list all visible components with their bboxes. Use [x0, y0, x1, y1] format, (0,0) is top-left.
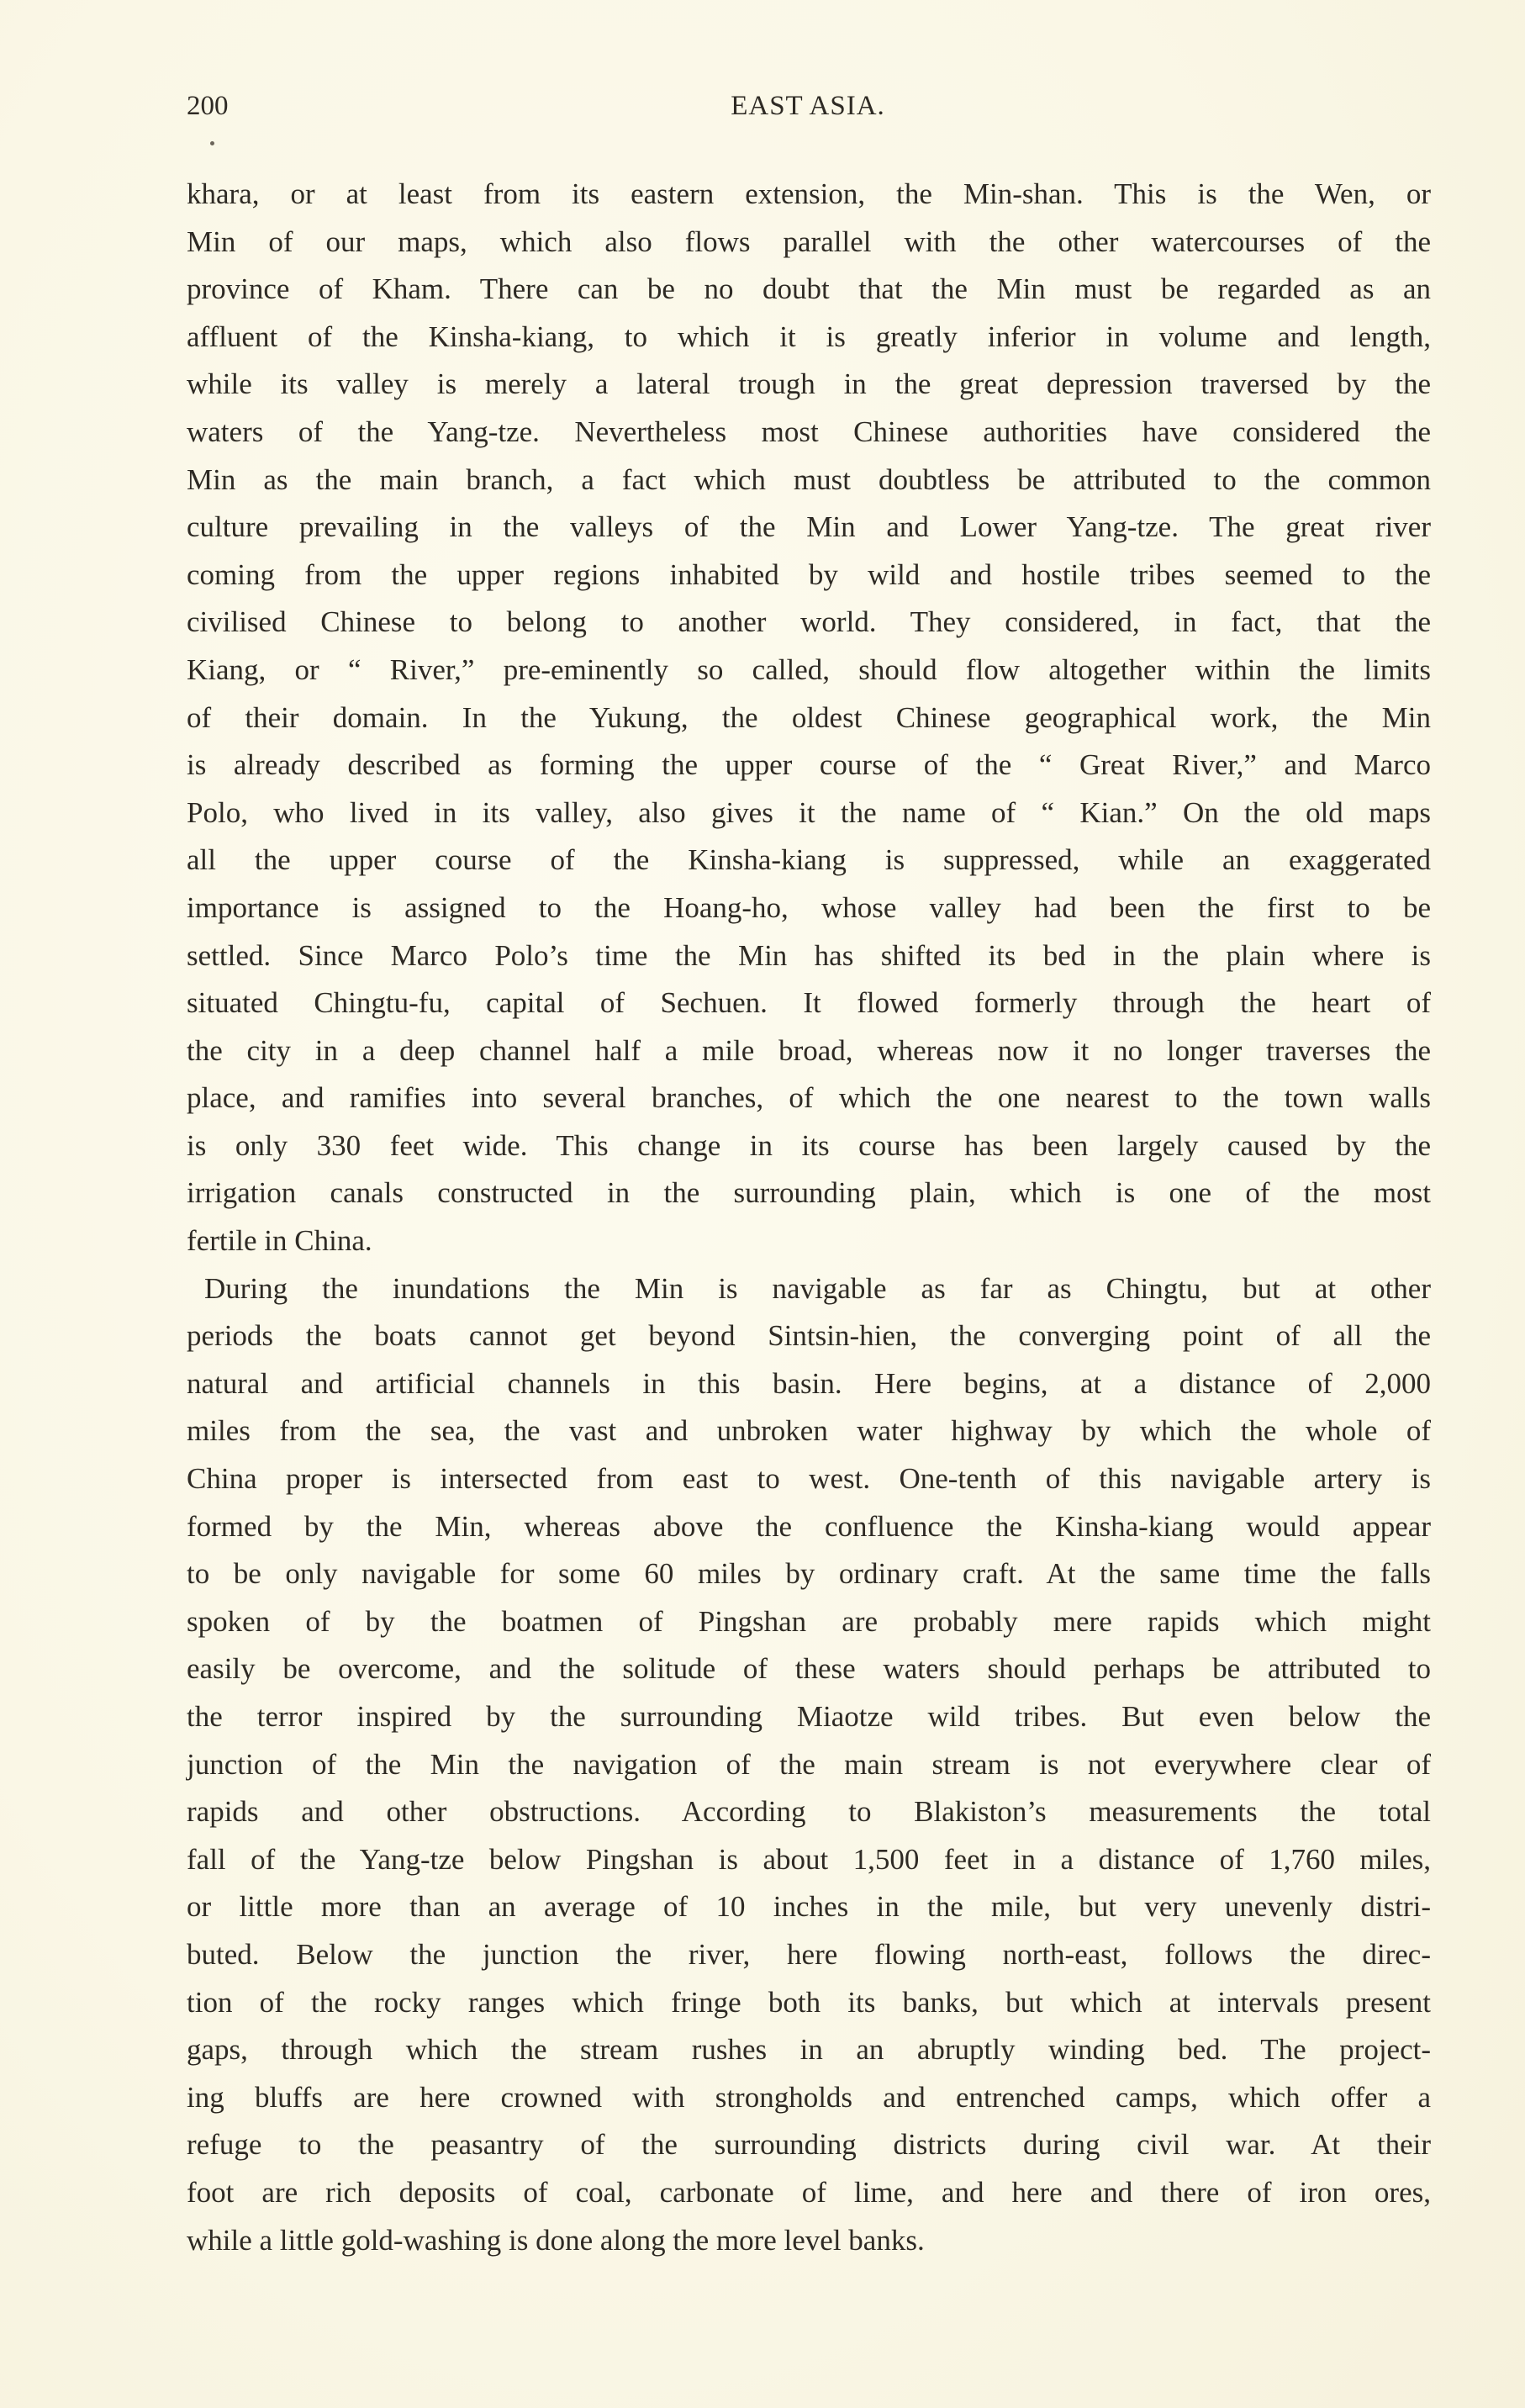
text-line: junction of the Min the navigation of th… [187, 1741, 1431, 1789]
text-line: tion of the rocky ranges which fringe bo… [187, 1979, 1431, 2027]
text-line: Kiang, or “ River,” pre-eminently so cal… [187, 647, 1431, 694]
paragraph: During the inundations the Min is naviga… [187, 1265, 1431, 2264]
text-line: Polo, who lived in its valley, also give… [187, 789, 1431, 837]
text-line: affluent of the Kinsha-kiang, to which i… [187, 314, 1431, 362]
text-line: fall of the Yang-tze below Pingshan is a… [187, 1836, 1431, 1884]
text-line: culture prevailing in the valleys of the… [187, 504, 1431, 552]
ink-speck [210, 141, 214, 145]
text-line: natural and artificial channels in this … [187, 1360, 1431, 1408]
text-line: civilised Chinese to belong to another w… [187, 599, 1431, 647]
text-line: rapids and other obstructions. According… [187, 1788, 1431, 1836]
text-line: of their domain. In the Yukung, the olde… [187, 694, 1431, 742]
text-line: khara, or at least from its eastern exte… [187, 171, 1431, 219]
book-page: 200 EAST ASIA. khara, or at least from i… [0, 0, 1525, 2408]
text-line: miles from the sea, the vast and unbroke… [187, 1407, 1431, 1455]
text-line: During the inundations the Min is naviga… [187, 1265, 1431, 1313]
text-line: settled. Since Marco Polo’s time the Min… [187, 932, 1431, 980]
text-line: or little more than an average of 10 inc… [187, 1883, 1431, 1931]
text-line: while its valley is merely a lateral tro… [187, 361, 1431, 409]
text-line: importance is assigned to the Hoang-ho, … [187, 885, 1431, 932]
text-line: all the upper course of the Kinsha-kiang… [187, 837, 1431, 885]
running-head: 200 EAST ASIA. [187, 87, 1429, 124]
text-line: formed by the Min, whereas above the con… [187, 1503, 1431, 1551]
text-line: refuge to the peasantry of the surroundi… [187, 2121, 1431, 2169]
text-line: irrigation canals constructed in the sur… [187, 1170, 1431, 1217]
text-line: province of Kham. There can be no doubt … [187, 266, 1431, 314]
text-line: buted. Below the junction the river, her… [187, 1931, 1431, 1979]
text-line: easily be overcome, and the solitude of … [187, 1645, 1431, 1693]
text-line: foot are rich deposits of coal, carbonat… [187, 2169, 1431, 2217]
running-title: EAST ASIA. [187, 87, 1429, 124]
text-line: is only 330 feet wide. This change in it… [187, 1122, 1431, 1170]
text-line: Min as the main branch, a fact which mus… [187, 457, 1431, 504]
paragraph: khara, or at least from its eastern exte… [187, 171, 1431, 1265]
text-line: gaps, through which the stream rushes in… [187, 2026, 1431, 2074]
text-line: spoken of by the boatmen of Pingshan are… [187, 1598, 1431, 1646]
text-line: ing bluffs are here crowned with strongh… [187, 2074, 1431, 2122]
text-line: is already described as forming the uppe… [187, 742, 1431, 789]
text-line: China proper is intersected from east to… [187, 1455, 1431, 1503]
text-line: the city in a deep channel half a mile b… [187, 1027, 1431, 1075]
text-line: place, and ramifies into several branche… [187, 1075, 1431, 1122]
text-line: waters of the Yang-tze. Nevertheless mos… [187, 409, 1431, 457]
body-text: khara, or at least from its eastern exte… [187, 171, 1431, 2264]
text-line: to be only navigable for some 60 miles b… [187, 1550, 1431, 1598]
text-line: coming from the upper regions inhabited … [187, 552, 1431, 599]
text-line: Min of our maps, which also flows parall… [187, 219, 1431, 267]
text-line: periods the boats cannot get beyond Sint… [187, 1312, 1431, 1360]
text-line: while a little gold-washing is done alon… [187, 2217, 1431, 2265]
text-line: fertile in China. [187, 1217, 1431, 1265]
text-line: situated Chingtu-fu, capital of Sechuen.… [187, 980, 1431, 1027]
text-line: the terror inspired by the surrounding M… [187, 1693, 1431, 1741]
